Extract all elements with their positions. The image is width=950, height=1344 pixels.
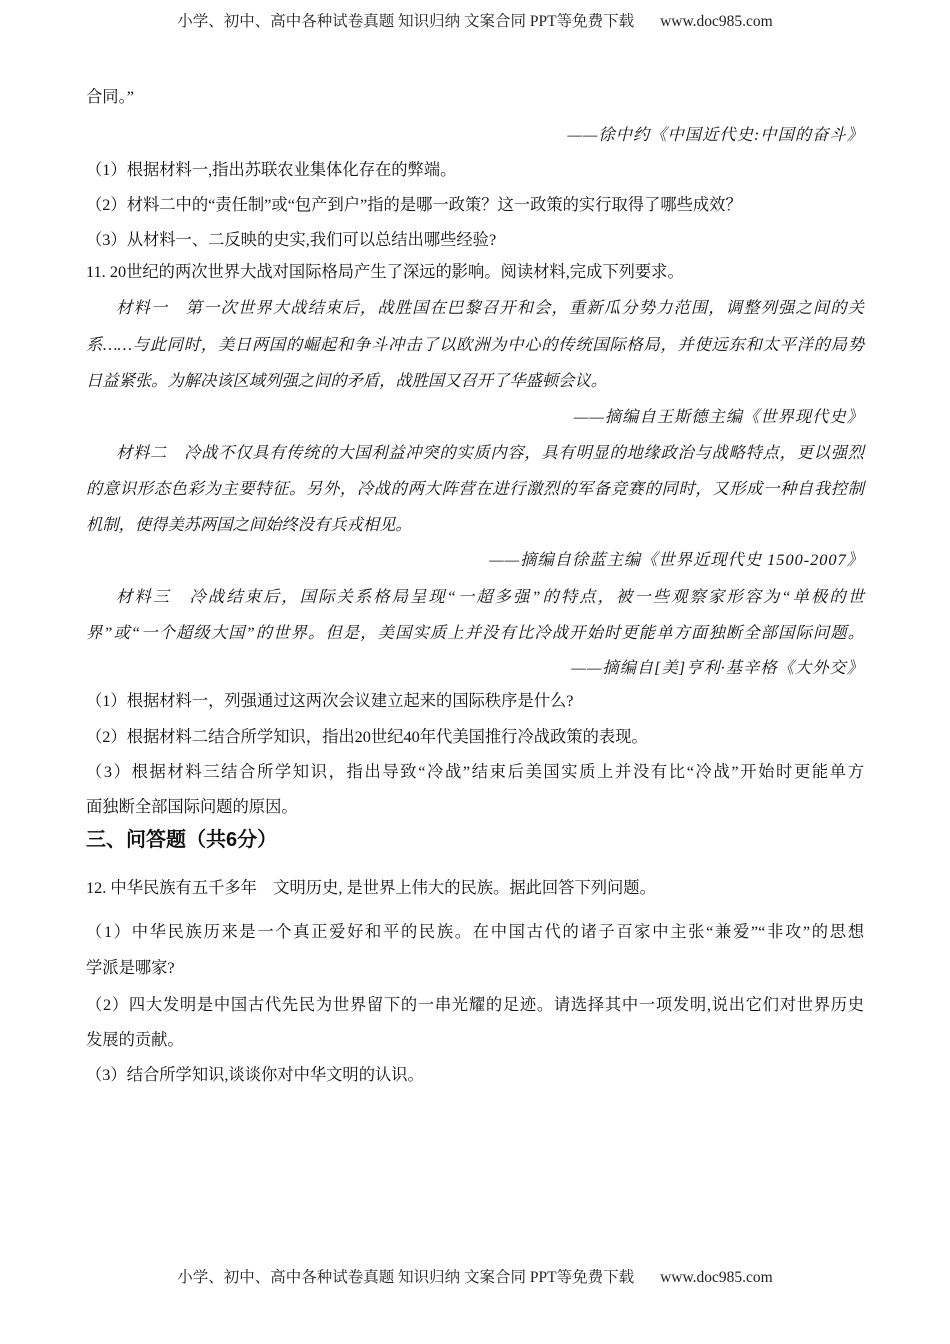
footer-tagline: 小学、初中、高中各种试卷真题 知识归纳 文案合同 PPT等免费下载 (177, 1269, 634, 1286)
attribution-wang-side: ——摘编自王斯德主编《世界现代史》 (86, 405, 864, 429)
exam-document-page: 小学、初中、高中各种试卷真题 知识归纳 文案合同 PPT等免费下载www.doc… (0, 0, 950, 1344)
attribution-xu-lan: ——摘编自徐蓝主编《世界近现代史 1500-2007》 (86, 548, 864, 572)
q12-part-2-line2: 发展的贡献。 (86, 1028, 864, 1052)
q11-material1-line3: 日益紧张。为解决该区域列强之间的矛盾，战胜国又召开了华盛顿会议。 (86, 369, 864, 393)
q11-stem: 11. 20世纪的两次世界大战对国际格局产生了深远的影响。阅读材料,完成下列要求… (86, 260, 864, 284)
q11-material2-line2: 的意识形态色彩为主要特征。另外，冷战的两大阵营在进行激烈的军备竞赛的同时，又形成… (86, 477, 864, 501)
q10-part-2: （2）材料二中的“责任制”或“包产到户”指的是哪一政策？这一政策的实行取得了哪些… (86, 193, 864, 217)
attribution-kissinger: ——摘编自[美]亨利·基辛格《大外交》 (86, 656, 864, 680)
q12-part-3: （3）结合所学知识,谈谈你对中华文明的认识。 (86, 1063, 864, 1087)
q11-part-3-line1: （3）根据材料三结合所学知识，指出导致“冷战”结束后美国实质上并没有比“冷战”开… (86, 760, 864, 784)
q11-material3-line1: 材料三 冷战结束后，国际关系格局呈现“一超多强”的特点，被一些观察家形容为“单极… (86, 585, 864, 609)
section-3-heading: 三、问答题（共6分） (86, 826, 864, 854)
header-tagline: 小学、初中、高中各种试卷真题 知识归纳 文案合同 PPT等免费下载 (177, 13, 634, 30)
q11-material2-line3: 机制，使得美苏两国之间始终没有兵戎相见。 (86, 513, 864, 537)
q10-part-1: （1）根据材料一,指出苏联农业集体化存在的弊端。 (86, 158, 864, 182)
q12-part-1-line2: 学派是哪家? (86, 956, 864, 980)
q11-material2-line1: 材料二 冷战不仅具有传统的大国利益冲突的实质内容，具有明显的地缘政治与战略特点，… (86, 441, 864, 465)
q10-part-3: （3）从材料一、二反映的史实,我们可以总结出哪些经验? (86, 228, 864, 252)
q11-part-2: （2）根据材料二结合所学知识，指出20世纪40年代美国推行冷战政策的表现。 (86, 725, 864, 749)
q11-material1-line2: 系……与此同时，美日两国的崛起和争斗冲击了以欧洲为中心的传统国际格局，并使远东和… (86, 333, 864, 357)
quote-continuation-line: 合同。” (86, 85, 864, 109)
page-footer: 小学、初中、高中各种试卷真题 知识归纳 文案合同 PPT等免费下载www.doc… (0, 1266, 950, 1290)
q11-part-1: （1）根据材料一，列强通过这两次会议建立起来的国际秩序是什么? (86, 689, 864, 713)
q12-part-1-line1: （1）中华民族历来是一个真正爱好和平的民族。在中国古代的诸子百家中主张“兼爱”“… (86, 920, 864, 944)
q11-part-3-line2: 面独断全部国际问题的原因。 (86, 795, 864, 819)
attribution-xu-zhongyue: ——徐中约《中国近代史:中国的奋斗》 (86, 123, 864, 147)
footer-site-url: www.doc985.com (660, 1269, 773, 1286)
header-site-url: www.doc985.com (660, 13, 773, 30)
q11-material1-line1: 材料一 第一次世界大战结束后，战胜国在巴黎召开和会，重新瓜分势力范围，调整列强之… (86, 296, 864, 320)
page-header: 小学、初中、高中各种试卷真题 知识归纳 文案合同 PPT等免费下载www.doc… (0, 10, 950, 34)
q12-stem: 12. 中华民族有五千多年 文明历史, 是世界上伟大的民族。据此回答下列问题。 (86, 876, 864, 900)
q11-material3-line2: 界”或“一个超级大国”的世界。但是，美国实质上并没有比冷战开始时更能单方面独断全… (86, 621, 864, 645)
q12-part-2-line1: （2）四大发明是中国古代先民为世界留下的一串光耀的足迹。请选择其中一项发明,说出… (86, 993, 864, 1017)
